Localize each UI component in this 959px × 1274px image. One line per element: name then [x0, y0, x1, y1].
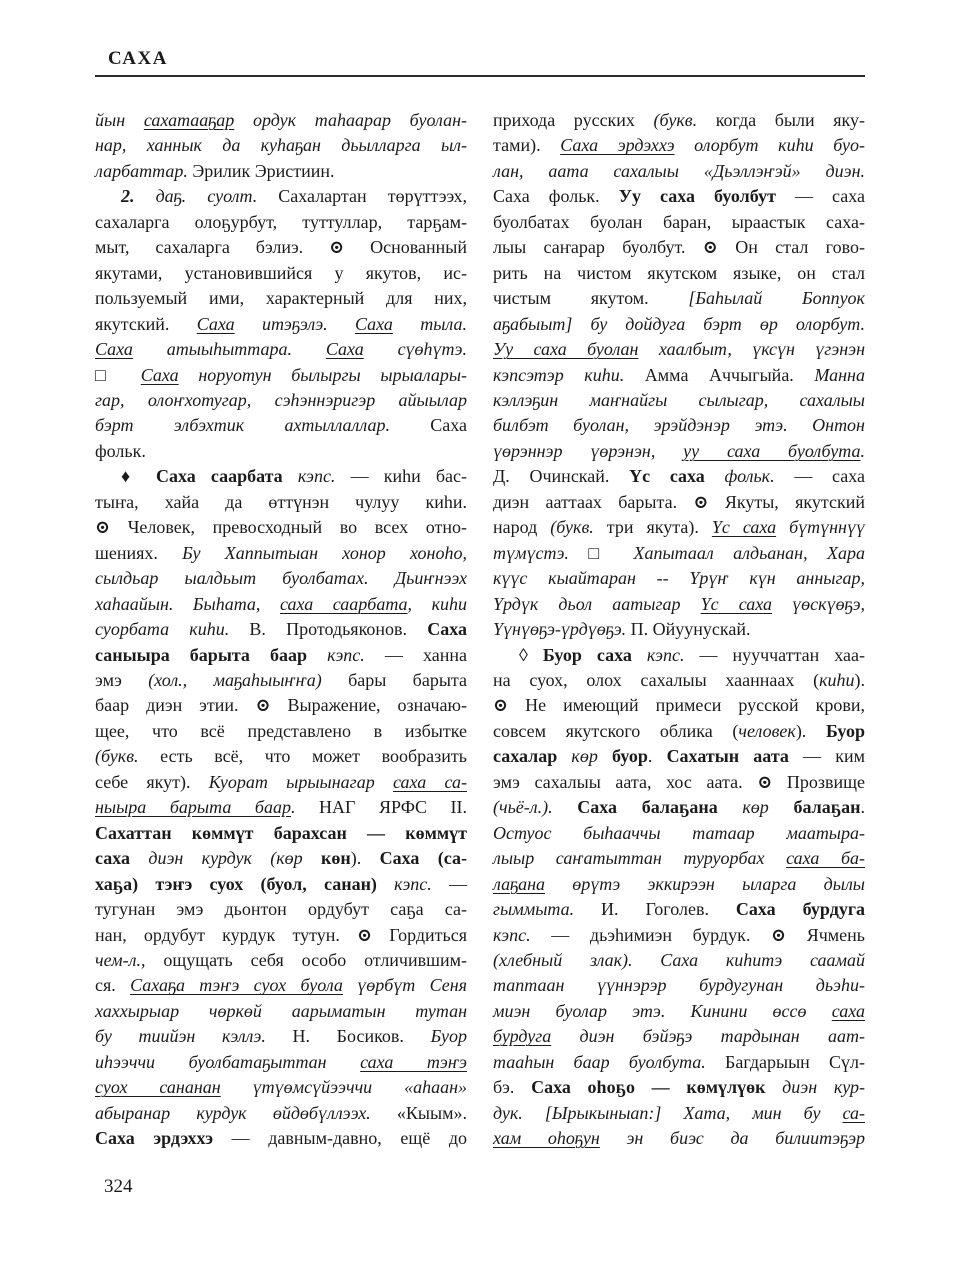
text-line: йын сахатааҕар ордук таһаарар буолан- [95, 108, 467, 133]
text-segment: иһээччи буолбатаҕыттан [95, 1052, 360, 1072]
text-line: диэн ааттаах барыта. ⊙ Якуты, якутский [493, 490, 865, 515]
text-line: бурдуга диэн бэйэҕэ тардынан аат- [493, 1024, 865, 1049]
text-segment: фольк. [95, 441, 146, 461]
text-segment: хам оһоҕун [493, 1128, 600, 1148]
text-line: шениях. Бу Хаппытыан хонор хоноһо, [95, 541, 467, 566]
text-segment: Сахатын аата [667, 746, 789, 766]
text-segment: . [861, 441, 866, 461]
text-line: хам оһоҕун эн биэс да билиитэҕэр [493, 1126, 865, 1151]
text-segment: Сахаттан көммүт барахсан — көммүт [95, 823, 467, 843]
text-segment: диэн кур- [782, 1077, 865, 1097]
text-segment: . [861, 797, 866, 817]
text-segment: пользуемый ими, характерный для них, [95, 288, 467, 308]
text-segment: диэн ааттаах барыта. [493, 492, 693, 512]
text-segment: Буор [431, 1026, 467, 1046]
text-segment: кэпс. [493, 925, 531, 945]
text-segment: мыт, сахаларга бэлиэ. [95, 237, 329, 257]
inline-marker-symbol: ⊙ [357, 925, 372, 945]
text-line: сахалар көр буор. Сахатын аата — ким [493, 744, 865, 769]
inline-marker-symbol: ♦ [121, 466, 156, 486]
text-line: гар, олоҥхотугар, сэһэннэригэр айыылар [95, 388, 467, 413]
text-segment: Человек, превосходный во всех отно- [110, 517, 467, 537]
text-line: билбэт буолан, эрэйдэнэр этэ. Онтон [493, 413, 865, 438]
text-segment: чистым якутом. [493, 288, 688, 308]
text-segment: — дьэһимиэн бурдук. [531, 925, 771, 945]
text-segment: ). [796, 721, 826, 741]
text-segment: Саха (са- [380, 848, 467, 868]
text-line: бу тиийэн кэллэ. Н. Босиков. Буор [95, 1024, 467, 1049]
text-segment: Саха [95, 339, 133, 359]
text-segment: Хапытаал алдьанан, Хара [633, 543, 865, 563]
text-segment: (көр [270, 848, 321, 868]
text-segment: хаалбыт, үксүн үгэнэн [638, 339, 865, 359]
text-segment: В. Протодьяконов. [249, 619, 427, 639]
text-line: кэпсэтэр киһи. Амма Аччыгыйа. Манна [493, 363, 865, 388]
text-segment: саха [832, 1001, 865, 1021]
text-line: суох сананан үтүөмсүйээччи «аһаан» [95, 1075, 467, 1100]
text-segment: (букв. [95, 746, 139, 766]
text-segment: — нууччаттан хаа- [684, 645, 865, 665]
text-segment: Буор [826, 721, 865, 741]
text-line: народ (букв. три якута). Үс саха бүтүннү… [493, 515, 865, 540]
text-line: якутами, установившийся у якутов, ис- [95, 261, 467, 286]
text-segment: Не имеющий примеси русской крови, [508, 695, 865, 715]
text-segment: үтүөмсүйээччи «аһаан» [221, 1077, 467, 1097]
text-line: (букв. есть всё, что может вообразить [95, 744, 467, 769]
text-segment: Остуос быһааччы татаар маатыра- [493, 823, 865, 843]
text-segment: тыла. [393, 314, 467, 334]
text-segment: гар, олоҥхотугар, сэһэннэригэр айыылар [95, 390, 467, 410]
text-segment: Саха фольк. [493, 186, 619, 206]
page-content: САХА йын сахатааҕар ордук таһаарар буола… [95, 48, 865, 1152]
text-segment: бары барыта [322, 670, 467, 690]
text-segment: бэрт элбэхтик ахтыллаллар. [95, 415, 430, 435]
text-segment: — саха [776, 186, 865, 206]
text-segment: Сахалартан төрүттээх, [278, 186, 467, 206]
text-segment: . [291, 797, 319, 817]
text-segment: сылдьар ыалдьыт буолбатах. Дьиҥнээх [95, 568, 467, 588]
text-segment: кэпсэтэр киһи. [493, 365, 645, 385]
text-line: лаҕана өрүтэ эккирээн ыларга дылы [493, 872, 865, 897]
text-line: баар диэн этии. ⊙ Выражение, означаю- [95, 693, 467, 718]
text-segment: Саха [197, 314, 235, 334]
text-segment: олорбут киһи буо- [675, 135, 865, 155]
text-segment: күүс кыайтаран -- Үрүҥ күн анныгар, [493, 568, 865, 588]
inline-marker-symbol: □ [95, 365, 141, 385]
text-segment: кэллэҕин маҥнайгы сылыгар, сахалыы [493, 390, 865, 410]
text-segment: сахаларга олоҕурбут, туттуллар, тарҕам- [95, 212, 467, 232]
text-segment: саныыра барыта баар [95, 645, 327, 665]
text-segment: эмэ [95, 670, 148, 690]
text-line: кэллэҕин маҥнайгы сылыгар, сахалыы [493, 388, 865, 413]
text-segment: Саха бурдуга [736, 899, 865, 919]
text-segment: абыранар курдук өйдөбүллээх. [95, 1103, 397, 1123]
text-line: гыммыта. И. Гоголев. Саха бурдуга [493, 897, 865, 922]
text-line: сахаларга олоҕурбут, туттуллар, тарҕам- [95, 210, 467, 235]
column-left: йын сахатааҕар ордук таһаарар буолан-нар… [95, 108, 467, 1152]
text-line: прихода русских (букв. когда были яку- [493, 108, 865, 133]
text-segment: саха [95, 848, 148, 868]
text-line: хаҕа) тэҥэ суох (буол, санан) кэпс. — [95, 872, 467, 897]
text-line: нан, ордубут курдук тутун. ⊙ Гордиться [95, 923, 467, 948]
text-segment: буолбатах буолан баран, ыраастык саха- [493, 212, 865, 232]
text-line: хаһаайын. Быһата, саха саарбата, киһи [95, 592, 467, 617]
text-segment: гыммыта. [493, 899, 601, 919]
text-segment: чем-л., [95, 950, 145, 970]
text-segment: дук. [493, 1103, 545, 1123]
text-line: саныыра барыта баар кэпс. — ханна [95, 643, 467, 668]
text-segment: (букв. [654, 110, 698, 130]
text-segment: баар диэн этии. [95, 695, 255, 715]
text-line: пользуемый ими, характерный для них, [95, 286, 467, 311]
text-segment: — [432, 874, 467, 894]
text-segment: хаҕа) тэҥэ суох (буол, санан) [95, 874, 394, 894]
text-segment: Саха [427, 619, 467, 639]
text-line: ся. Сахаҕа тэҥэ суох буола үөрбүт Сеня [95, 973, 467, 998]
text-line: абыранар курдук өйдөбүллээх. «Кыым». [95, 1101, 467, 1126]
text-segment: Д. Очинскай. [493, 466, 629, 486]
text-segment: итэҕэлэ. [235, 314, 355, 334]
text-segment: фольк. [725, 466, 775, 486]
text-line: тугунан эмэ дьонтон ордубут саҕа са- [95, 897, 467, 922]
text-segment: народ [493, 517, 550, 537]
text-segment: рить на чистом якутском языке, он стал [493, 263, 865, 283]
text-line: аҕабыыт] бу дойдуга бэрт өр олорбут. [493, 312, 865, 337]
text-segment: билбэт буолан, эрэйдэнэр этэ. Онтон [493, 415, 865, 435]
text-line: (хлебный злак). Саха киһитэ саамай [493, 948, 865, 973]
inline-marker-symbol: □ [588, 543, 633, 563]
text-segment: на суох, олох сахалыы хааннаах ( [493, 670, 819, 690]
text-segment: Он стал гово- [718, 237, 865, 257]
text-segment: Саха эрдэххэ [560, 135, 674, 155]
text-segment: Саха [430, 415, 467, 435]
text-line: Д. Очинскай. Үс саха фольк. — саха [493, 464, 865, 489]
text-segment: бүтүннүү [776, 517, 865, 537]
text-segment: кэпс. [298, 466, 336, 486]
text-line: суорбата киһи. В. Протодьяконов. Саха [95, 617, 467, 642]
text-segment: человек [738, 721, 795, 741]
text-line: Уу саха буолан хаалбыт, үксүн үгэнэн [493, 337, 865, 362]
text-segment: сүөһүтэ. [364, 339, 467, 359]
text-segment: ся. [95, 975, 130, 995]
text-segment: саха тэҥэ [360, 1052, 467, 1072]
text-segment: . [648, 746, 667, 766]
text-line: ◊ Буор саха кэпс. — нууччаттан хаа- [493, 643, 865, 668]
text-segment: Прозвище [772, 772, 865, 792]
text-segment: ). [351, 848, 380, 868]
text-line: иһээччи буолбатаҕыттан саха тэҥэ [95, 1050, 467, 1075]
text-line: (чьё-л.). Саха балаҕана көр балаҕан. [493, 795, 865, 820]
text-segment: себе якут). [95, 772, 209, 792]
text-segment: Саха оһоҕо — көмүлүөк [531, 1077, 782, 1097]
text-segment: 2. [121, 186, 156, 206]
text-segment: диэн бэйэҕэ тардынан аат- [551, 1026, 865, 1046]
text-segment: ныыра барыта баар [95, 797, 291, 817]
text-line: фольк. [95, 439, 467, 464]
text-line: чистым якутом. [Баһылай Боппуок [493, 286, 865, 311]
text-segment: са- [842, 1103, 865, 1123]
text-segment: П. Ойуунускай. [631, 619, 751, 639]
text-line: якутский. Саха итэҕэлэ. Саха тыла. [95, 312, 467, 337]
text-segment: аҕабыыт] бу дойдуга бэрт өр олорбут. [493, 314, 865, 334]
text-segment: Саха [326, 339, 364, 359]
text-segment: даҕ. суолт. [156, 186, 279, 206]
text-line: тами). Саха эрдэххэ олорбут киһи буо- [493, 133, 865, 158]
text-segment: миэн буолар этэ. Кинини өссө [493, 1001, 832, 1021]
text-line: сылдьар ыалдьыт буолбатах. Дьиҥнээх [95, 566, 467, 591]
text-segment: [Ырыкыныап:] Хата, мин бу [545, 1103, 843, 1123]
text-line: дук. [Ырыкыныап:] Хата, мин бу са- [493, 1101, 865, 1126]
text-segment: Выражение, означаю- [271, 695, 467, 715]
text-segment: Үс саха [629, 466, 724, 486]
text-segment: бурдуга [493, 1026, 551, 1046]
text-line: рить на чистом якутском языке, он стал [493, 261, 865, 286]
text-segment: НАГ ЯРФС II. [319, 797, 467, 817]
text-line: 2. даҕ. суолт. Сахалартан төрүттээх, [95, 184, 467, 209]
text-segment: түмүстэ. [493, 543, 588, 563]
text-segment: тыҥа, хайа да өттүнэн чулуу киһи. [95, 492, 467, 512]
text-segment: тааһын баар буолбута. [493, 1052, 725, 1072]
text-line: Үрдүк дьол аатыгар Үс саха үөскүөҕэ, [493, 592, 865, 617]
text-segment: үөрэннэр үөрэнэн, [493, 441, 683, 461]
text-segment: нар, ханнык да куһаҕан дьылларга ыл- [95, 135, 467, 155]
text-segment: шениях. [95, 543, 182, 563]
text-line: щее, что всё представлено в избытке [95, 719, 467, 744]
text-segment: — ханна [365, 645, 467, 665]
text-segment: якутский. [95, 314, 197, 334]
text-segment: Үс саха [701, 594, 772, 614]
text-segment: эн биэс да билиитэҕэр [600, 1128, 865, 1148]
text-segment: көн [321, 848, 351, 868]
text-line: ♦ Саха саарбата кэпс. — киһи бас- [95, 464, 467, 489]
text-segment: (хол., маҕаһыыҥҥа) [148, 670, 322, 690]
text-segment: Саха эрдэххэ [95, 1128, 213, 1148]
text-segment: нан, ордубут курдук тутун. [95, 925, 357, 945]
text-segment: хаһаайын. Быһата, [95, 594, 280, 614]
text-segment: лан, аата сахалыы «Дьэллэҥэй» диэн. [493, 161, 865, 181]
text-line: ныыра барыта баар. НАГ ЯРФС II. [95, 795, 467, 820]
text-segment: [Баһылай Боппуок [688, 288, 865, 308]
text-segment: хаххырыар чөркөй аарыматын тутан [95, 1001, 467, 1021]
text-segment: (хлебный злак). Саха киһитэ саамай [493, 950, 865, 970]
text-segment: (букв. [550, 517, 594, 537]
text-line: таптаан үүннэрэр бурдугунан дьэһи- [493, 973, 865, 998]
text-segment: Сахаҕа тэҥэ суох буола [130, 975, 343, 995]
text-segment: ощущать себя особо отличившим- [145, 950, 467, 970]
text-segment: лаҕана [493, 874, 545, 894]
text-line: миэн буолар этэ. Кинини өссө саха [493, 999, 865, 1024]
text-segment: лыы саҥарар буолбут. [493, 237, 703, 257]
text-segment: көр [742, 797, 793, 817]
text-line: ⊙ Человек, превосходный во всех отно- [95, 515, 467, 540]
text-segment: — ким [789, 746, 865, 766]
text-segment: Саха [355, 314, 393, 334]
text-segment: Гордиться [372, 925, 467, 945]
text-line: на суох, олох сахалыы хааннаах (киһи). [493, 668, 865, 693]
text-line: лыы саҥарар буолбут. ⊙ Он стал гово- [493, 235, 865, 260]
text-segment: (чьё-л.). [493, 797, 577, 817]
text-segment: кэпс. [327, 645, 365, 665]
inline-marker-symbol: ⊙ [329, 237, 344, 257]
text-line: ⊙ Не имеющий примеси русской крови, [493, 693, 865, 718]
text-segment: якутами, установившийся у якутов, ис- [95, 263, 467, 283]
text-line: лан, аата сахалыы «Дьэллэҥэй» диэн. [493, 159, 865, 184]
header-rule [95, 75, 865, 77]
text-segment: киһи [819, 670, 854, 690]
text-segment: эмэ сахалыы аата, хос аата. [493, 772, 757, 792]
text-segment: , киһи [408, 594, 467, 614]
text-segment: — киһи бас- [335, 466, 467, 486]
text-segment: бэ. [493, 1077, 531, 1097]
column-right: прихода русских (букв. когда были яку-та… [493, 108, 865, 1152]
running-header: САХА [95, 48, 865, 70]
text-segment: прихода русских [493, 110, 654, 130]
text-segment: Куорат ырыынагар [209, 772, 393, 792]
text-segment: Буор саха [543, 645, 647, 665]
text-segment: — саха [775, 466, 865, 486]
text-segment: Саха саарбата [156, 466, 298, 486]
text-segment: саха са- [393, 772, 467, 792]
text-segment: сахатааҕар [144, 110, 235, 130]
text-line: түмүстэ. □ Хапытаал алдьанан, Хара [493, 541, 865, 566]
text-segment: Үс саха [712, 517, 776, 537]
text-segment: бу тиийэн кэллэ. [95, 1026, 293, 1046]
text-segment: суорбата киһи. [95, 619, 249, 639]
text-segment: өрүтэ эккирээн ыларга дылы [545, 874, 865, 894]
text-segment: «Кыым». [397, 1103, 467, 1123]
text-segment: атыыһыттара. [133, 339, 326, 359]
text-segment: саха саарбата [280, 594, 408, 614]
text-line: ларбаттар. Эрилик Эристиин. [95, 159, 467, 184]
text-segment: үөскүөҕэ, [772, 594, 865, 614]
text-segment: сахалар [493, 746, 571, 766]
text-segment: балаҕан [793, 797, 860, 817]
text-segment: Багдарыын Сүл- [725, 1052, 865, 1072]
text-line: совсем якутского облика (человек). Буор [493, 719, 865, 744]
text-segment: И. Гоголев. [601, 899, 736, 919]
text-line: Үүнүөҕэ-үрдүөҕэ. П. Ойуунускай. [493, 617, 865, 642]
text-line: эмэ сахалыы аата, хос аата. ⊙ Прозвище [493, 770, 865, 795]
text-line: чем-л., ощущать себя особо отличившим- [95, 948, 467, 973]
text-segment: Манна [814, 365, 865, 385]
text-segment: Н. Босиков. [293, 1026, 431, 1046]
text-columns: йын сахатааҕар ордук таһаарар буолан-нар… [95, 108, 865, 1152]
inline-marker-symbol: ⊙ [95, 517, 110, 537]
text-segment: ордук таһаарар буолан- [234, 110, 467, 130]
text-line: Сахаттан көммүт барахсан — көммүт [95, 821, 467, 846]
text-line: тааһын баар буолбута. Багдарыын Сүл- [493, 1050, 865, 1075]
text-segment: кэпс. [394, 874, 432, 894]
text-line: □ Саха норуотун былыргы ырыалары- [95, 363, 467, 388]
text-segment: уу саха буолбута [683, 441, 860, 461]
text-segment: когда были яку- [697, 110, 865, 130]
text-line: кэпс. — дьэһимиэн бурдук. ⊙ Ячмень [493, 923, 865, 948]
text-line: нар, ханнык да куһаҕан дьылларга ыл- [95, 133, 467, 158]
text-line: буолбатах буолан баран, ыраастык саха- [493, 210, 865, 235]
text-line: Саха фольк. Уу саха буолбут — саха [493, 184, 865, 209]
inline-marker-symbol: ◊ [519, 645, 543, 665]
text-line: күүс кыайтаран -- Үрүҥ күн анныгар, [493, 566, 865, 591]
text-segment: үөрбүт Сеня [343, 975, 467, 995]
text-segment: есть всё, что может вообразить [139, 746, 467, 766]
text-line: саха диэн курдук (көр көн). Саха (са- [95, 846, 467, 871]
text-segment: көр [571, 746, 612, 766]
text-segment: ). [855, 670, 866, 690]
text-line: лыыр саҥатыттан туруорбах саха ба- [493, 846, 865, 871]
text-segment: Саха балаҕана [577, 797, 742, 817]
inline-marker-symbol: ⊙ [703, 237, 718, 257]
text-line: эмэ (хол., маҕаһыыҥҥа) бары барыта [95, 668, 467, 693]
text-line: Саха эрдэххэ — давным-давно, ещё до [95, 1126, 467, 1151]
text-segment: суох сананан [95, 1077, 221, 1097]
text-segment: тами). [493, 135, 560, 155]
inline-marker-symbol: ⊙ [771, 925, 786, 945]
text-segment: три якута). [594, 517, 712, 537]
text-segment: Якуты, якутский [709, 492, 865, 512]
text-segment: Үүнүөҕэ-үрдүөҕэ. [493, 619, 631, 639]
text-segment: щее, что всё представлено в избытке [95, 721, 467, 741]
text-segment: буор [612, 746, 648, 766]
text-segment: Ячмень [786, 925, 865, 945]
text-segment: кэпс. [647, 645, 685, 665]
page-number: 324 [104, 1176, 133, 1198]
text-line: тыҥа, хайа да өттүнэн чулуу киһи. [95, 490, 467, 515]
inline-marker-symbol: ⊙ [255, 695, 270, 715]
text-segment: таптаан үүннэрэр бурдугунан дьэһи- [493, 975, 865, 995]
text-segment: Бу Хаппытыан хонор хоноһо, [182, 543, 467, 563]
text-line: хаххырыар чөркөй аарыматын тутан [95, 999, 467, 1024]
dictionary-page: САХА йын сахатааҕар ордук таһаарар буола… [0, 0, 959, 1274]
text-line: бэрт элбэхтик ахтыллаллар. Саха [95, 413, 467, 438]
inline-marker-symbol: ⊙ [757, 772, 772, 792]
text-line: Остуос быһааччы татаар маатыра- [493, 821, 865, 846]
text-segment: Уу саха буолан [493, 339, 638, 359]
text-segment: Уу саха буолбут [619, 186, 776, 206]
text-line: Саха атыыһыттара. Саха сүөһүтэ. [95, 337, 467, 362]
text-segment: ларбаттар. [95, 161, 192, 181]
text-segment: Эрилик Эристиин. [192, 161, 334, 181]
text-segment: Саха [141, 365, 179, 385]
text-segment: совсем якутского облика ( [493, 721, 738, 741]
text-segment: саха ба- [786, 848, 865, 868]
text-line: үөрэннэр үөрэнэн, уу саха буолбута. [493, 439, 865, 464]
text-segment: йын [95, 110, 144, 130]
text-line: себе якут). Куорат ырыынагар саха са- [95, 770, 467, 795]
text-line: мыт, сахаларга бэлиэ. ⊙ Основанный [95, 235, 467, 260]
text-line: бэ. Саха оһоҕо — көмүлүөк диэн кур- [493, 1075, 865, 1100]
text-segment: Основанный [344, 237, 467, 257]
text-segment: — давным-давно, ещё до [213, 1128, 467, 1148]
text-segment: лыыр саҥатыттан туруорбах [493, 848, 786, 868]
inline-marker-symbol: ⊙ [693, 492, 708, 512]
text-segment: Амма Аччыгыйа. [645, 365, 815, 385]
text-segment: тугунан эмэ дьонтон ордубут саҕа са- [95, 899, 467, 919]
text-segment: норуотун былыргы ырыалары- [179, 365, 467, 385]
inline-marker-symbol: ⊙ [493, 695, 508, 715]
text-segment: диэн курдук [148, 848, 270, 868]
text-segment: Үрдүк дьол аатыгар [493, 594, 701, 614]
